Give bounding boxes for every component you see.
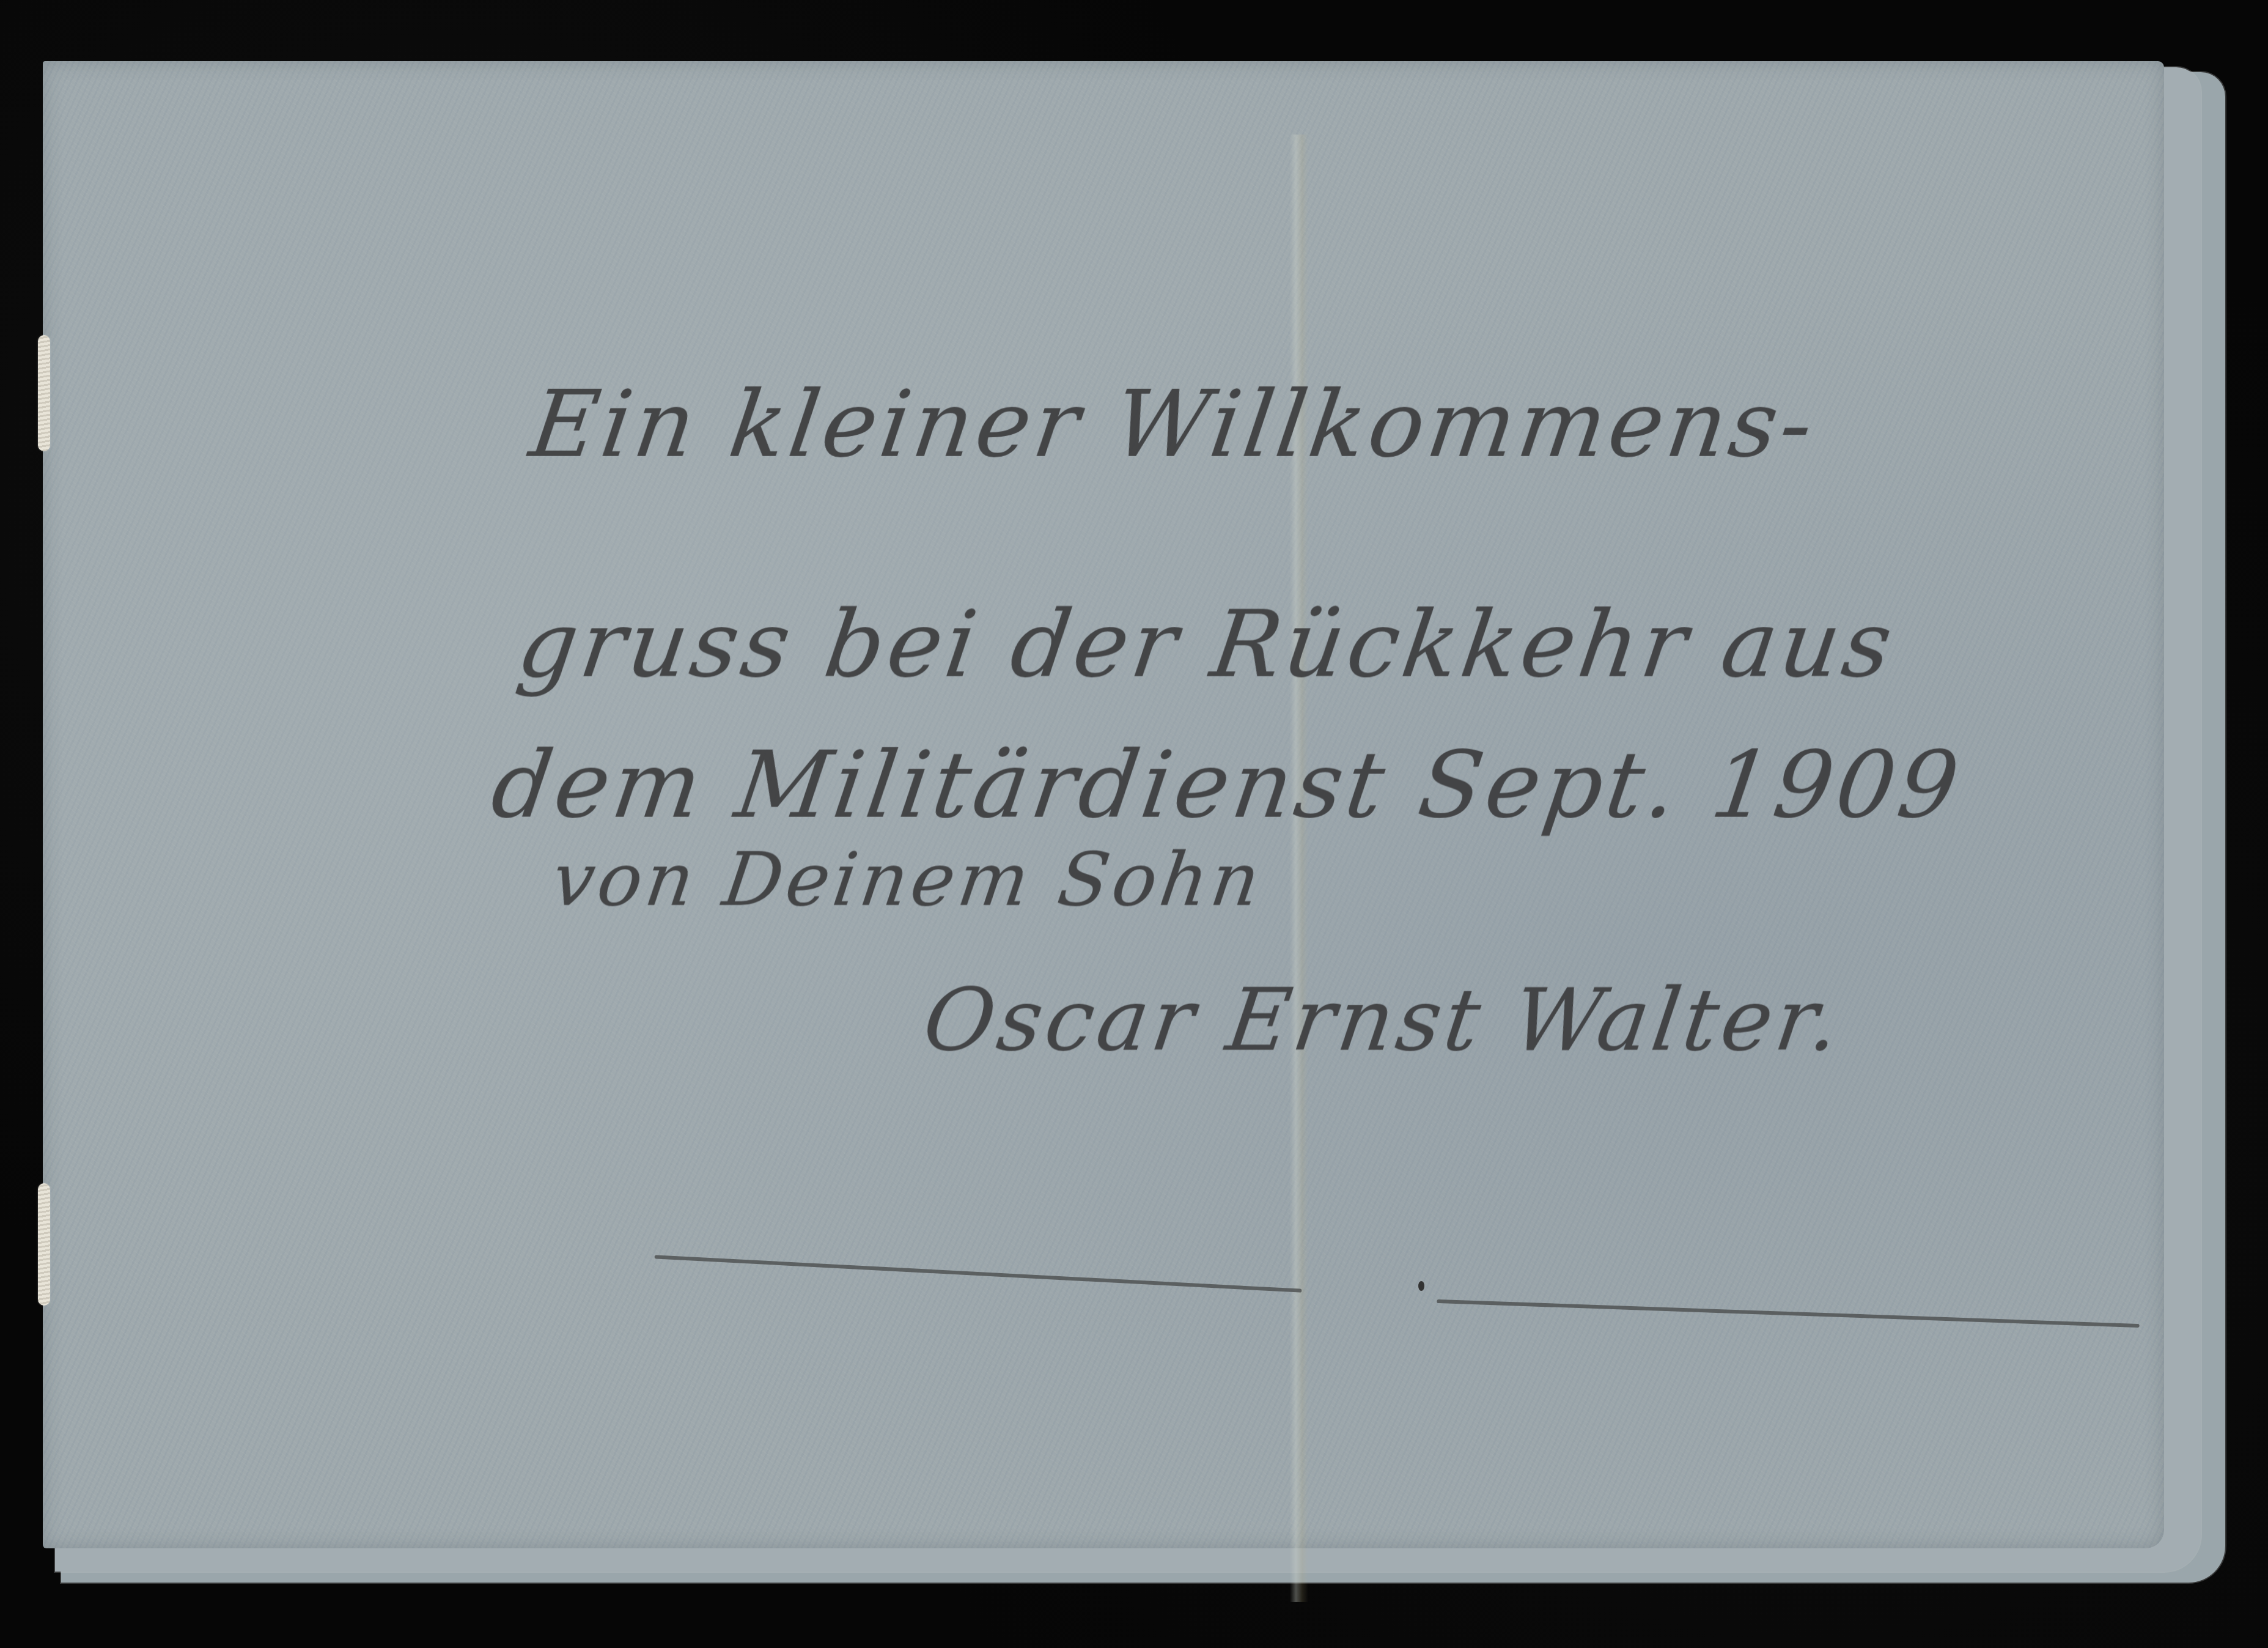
inscription-line-2: gruss bei der Rückkehr aus [512,599,1901,691]
paper-cover: Ein kleiner Willkommens- gruss bei der R… [43,61,2164,1548]
inscription-line-4: von Deinem Sohn [548,844,1267,917]
inscription-line-1: Ein kleiner Willkommens- [525,379,1822,471]
binding-stitch-top [38,335,50,451]
decorative-underline-left [655,1255,1302,1292]
binding-stitch-bottom [38,1183,50,1306]
inscription-line-3: dem Militärdienst Sept. 1909 [487,740,1967,832]
center-fold-crease [1290,135,1308,1602]
signature: Oscar Ernst Walter. [919,978,1849,1064]
decorative-dot [1418,1281,1424,1291]
decorative-underline-right [1437,1299,2140,1328]
